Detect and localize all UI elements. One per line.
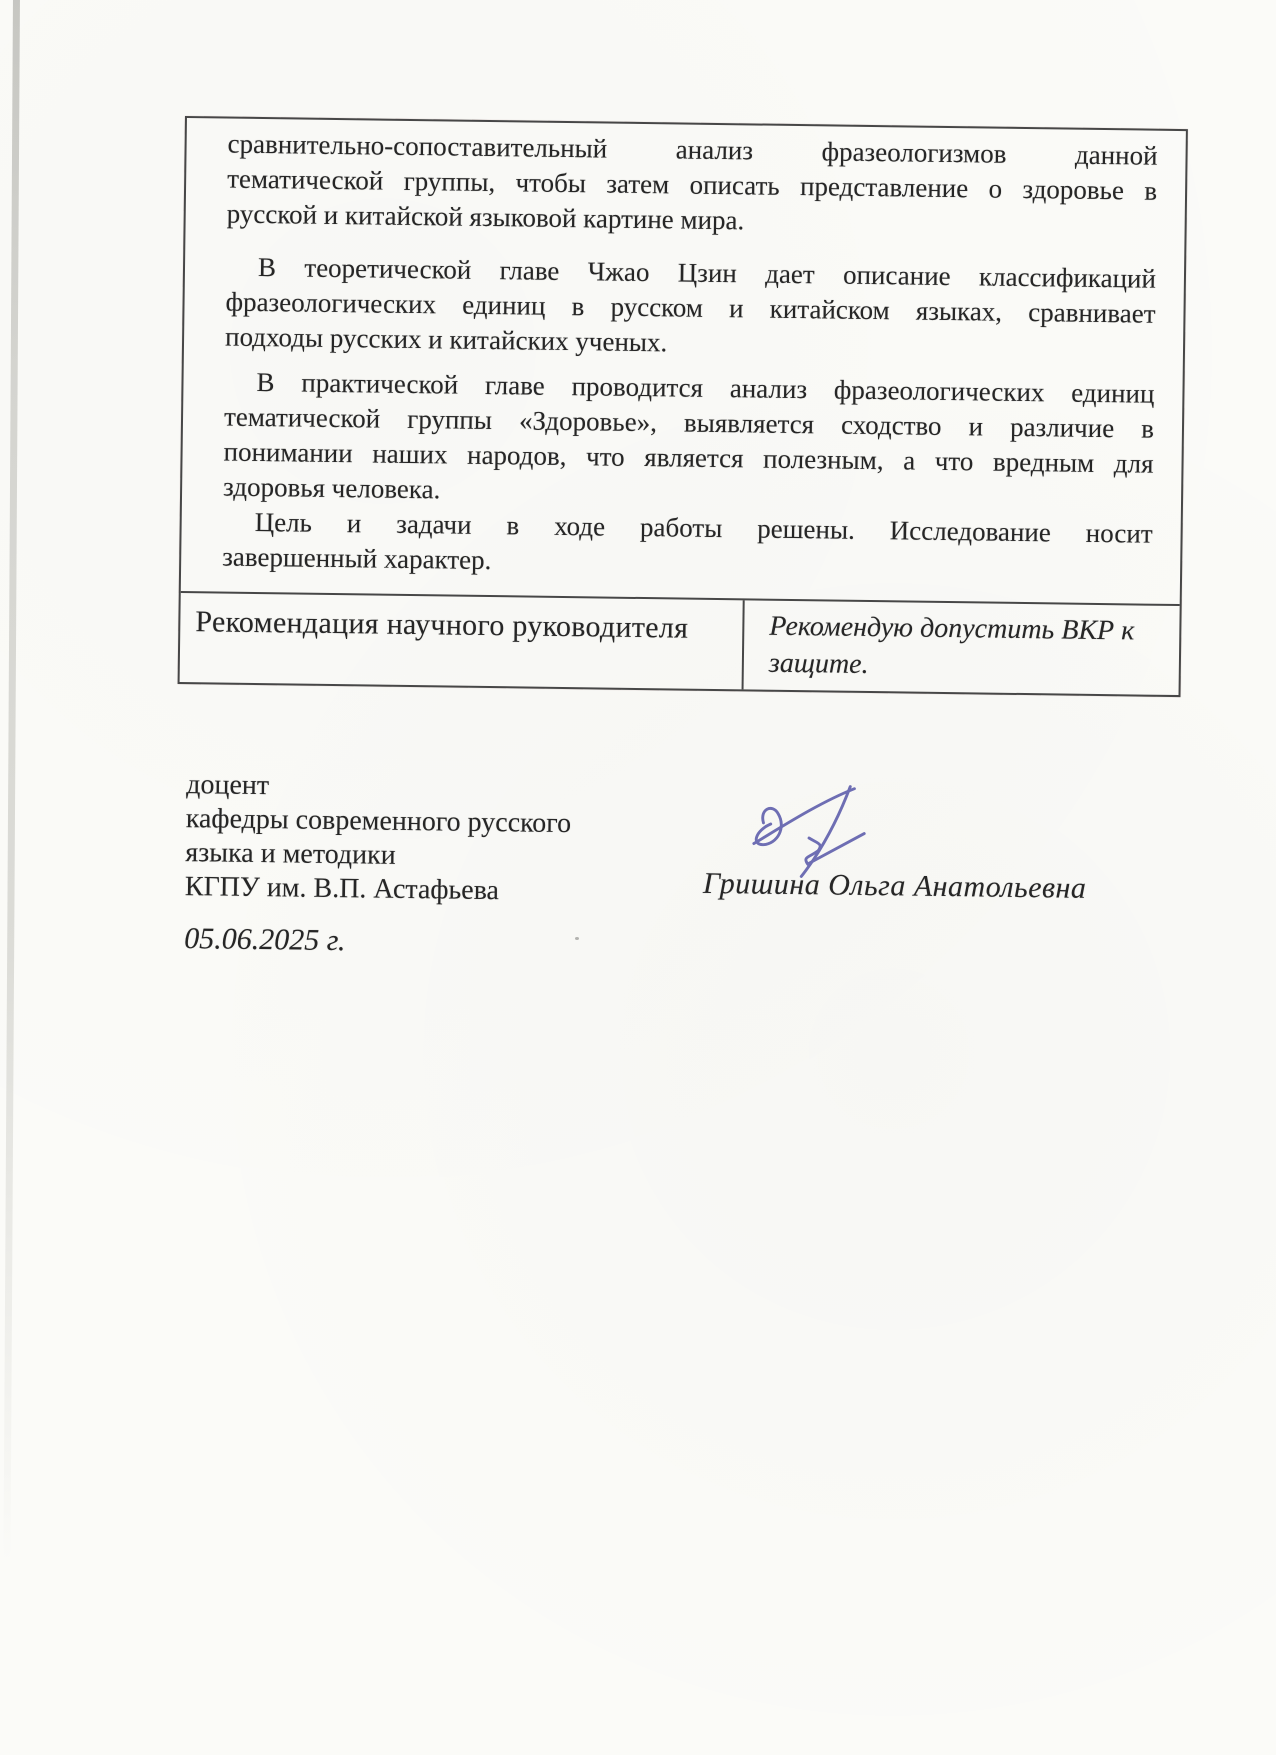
position-line: кафедры современного русского [186,802,572,841]
date: 05.06.2025 г. [184,922,346,958]
paragraph-practical: В практической главе проводится анализ ф… [223,365,1155,517]
handwritten-signature [745,779,902,881]
review-text-cell: сравнительно-сопоставительный анализ фра… [181,118,1186,604]
scanned-document-content: сравнительно-сопоставительный анализ фра… [178,116,1188,697]
paragraph-analysis: сравнительно-сопоставительный анализ фра… [226,127,1157,244]
review-table: сравнительно-сопоставительный анализ фра… [178,116,1188,697]
signature-flourish [806,833,864,865]
recommendation-line: Рекомендую допустить ВКР к [769,608,1134,650]
recommendation-label-cell: Рекомендация научного руководителя [180,593,745,689]
position-line: КГПУ им. В.П. Астафьева [185,870,571,909]
recommendation-value-cell: Рекомендую допустить ВКР к защите. [744,600,1180,695]
position-line: языка и методики [185,836,571,875]
scan-speck [575,937,579,940]
recommendation-line: защите. [769,645,1134,687]
paragraph-theoretical: В теоретической главе Чжао Цзин дает опи… [225,250,1156,367]
recommendation-row: Рекомендация научного руководителя Реком… [180,591,1180,695]
paragraph-conclusion: Цель и задачи в ходе работы решены. Иссл… [222,505,1153,587]
signer-name: Гришина Ольга Анатольевна [703,867,1087,906]
supervisor-position-block: доцент кафедры современного русского язы… [185,768,572,909]
position-line: доцент [186,768,572,807]
